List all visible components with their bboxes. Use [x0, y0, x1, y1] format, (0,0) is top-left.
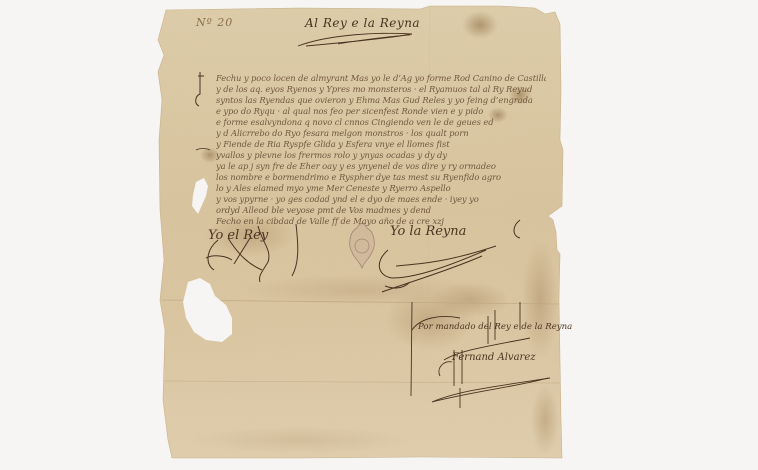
paper-sheet — [0, 0, 758, 470]
manuscript-photo: Nº 20 Al Rey e la Reyna Fechu y poco loc… — [0, 0, 758, 470]
